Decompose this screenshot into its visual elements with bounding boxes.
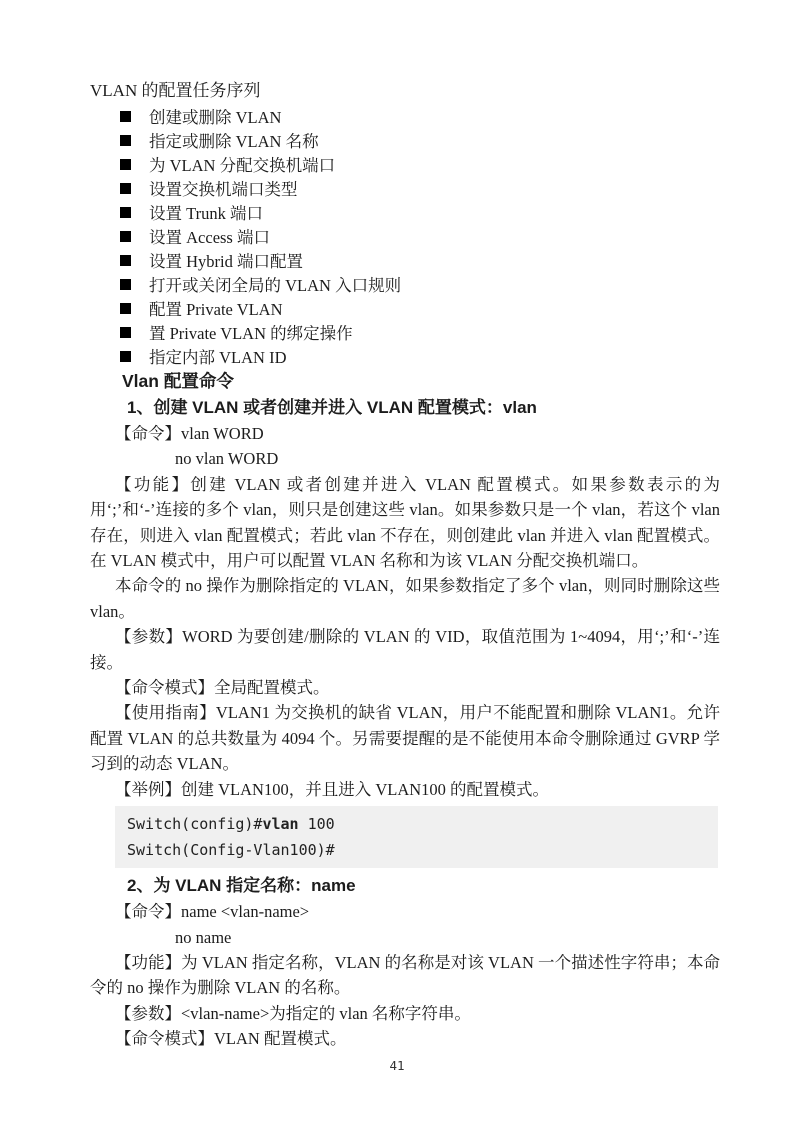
task-list: 创建或删除 VLAN 指定或删除 VLAN 名称 为 VLAN 分配交换机端口 …	[90, 104, 720, 368]
bullet-square-icon	[120, 159, 131, 170]
command2-heading: 2、为 VLAN 指定名称：name	[127, 872, 720, 899]
task-list-item: 置 Private VLAN 的绑定操作	[120, 320, 720, 344]
command2-param-paragraph: 【参数】<vlan-name>为指定的 vlan 名称字符串。	[90, 1001, 720, 1026]
task-list-item: 配置 Private VLAN	[120, 296, 720, 320]
command2-function-paragraph: 【功能】为 VLAN 指定名称，VLAN 的名称是对该 VLAN 一个描述性字符…	[90, 950, 720, 1001]
command1-syntax: 【命令】vlan WORD	[115, 421, 720, 446]
page-number: 41	[0, 1058, 794, 1073]
command1-heading: 1、创建 VLAN 或者创建并进入 VLAN 配置模式：vlan	[127, 394, 720, 421]
task-list-item: 指定内部 VLAN ID	[120, 344, 720, 368]
command2-syntax-no: no name	[175, 925, 720, 950]
task-label: 设置 Trunk 端口	[149, 200, 263, 224]
bullet-square-icon	[120, 255, 131, 266]
task-list-item: 为 VLAN 分配交换机端口	[120, 152, 720, 176]
bullet-square-icon	[120, 351, 131, 362]
bullet-square-icon	[120, 231, 131, 242]
task-list-item: 打开或关闭全局的 VLAN 入口规则	[120, 272, 720, 296]
bullet-square-icon	[120, 135, 131, 146]
intro-title: VLAN 的配置任务序列	[90, 78, 720, 104]
task-list-item: 设置 Hybrid 端口配置	[120, 248, 720, 272]
command1-guide-paragraph: 【使用指南】VLAN1 为交换机的缺省 VLAN，用户不能配置和删除 VLAN1…	[90, 700, 720, 776]
task-label: 设置交换机端口类型	[149, 176, 298, 200]
task-label: 配置 Private VLAN	[149, 296, 283, 320]
code-line-1: Switch(config)#vlan 100	[127, 811, 718, 837]
bullet-square-icon	[120, 111, 131, 122]
task-list-item: 创建或删除 VLAN	[120, 104, 720, 128]
task-label: 设置 Hybrid 端口配置	[149, 248, 303, 272]
task-label: 指定或删除 VLAN 名称	[149, 128, 319, 152]
command1-function-paragraph: 【功能】创建 VLAN 或者创建并进入 VLAN 配置模式。如果参数表示的为用‘…	[90, 472, 720, 574]
code-line-2: Switch(Config-Vlan100)#	[127, 837, 718, 863]
task-label: 打开或关闭全局的 VLAN 入口规则	[149, 272, 401, 296]
bullet-square-icon	[120, 279, 131, 290]
command1-function-paragraph-2: 本命令的 no 操作为删除指定的 VLAN，如果参数指定了多个 vlan，则同时…	[90, 573, 720, 624]
bullet-square-icon	[120, 183, 131, 194]
section-title: Vlan 配置命令	[122, 368, 720, 394]
task-label: 创建或删除 VLAN	[149, 104, 281, 128]
document-page: VLAN 的配置任务序列 创建或删除 VLAN 指定或删除 VLAN 名称 为 …	[0, 0, 794, 1123]
task-label: 为 VLAN 分配交换机端口	[149, 152, 335, 176]
task-list-item: 设置 Trunk 端口	[120, 200, 720, 224]
code-text: Switch(config)#	[127, 815, 262, 833]
task-label: 指定内部 VLAN ID	[149, 344, 287, 368]
task-list-item: 设置交换机端口类型	[120, 176, 720, 200]
command1-mode-paragraph: 【命令模式】全局配置模式。	[90, 675, 720, 700]
command2-mode-paragraph: 【命令模式】VLAN 配置模式。	[90, 1026, 720, 1051]
code-block: Switch(config)#vlan 100 Switch(Config-Vl…	[115, 806, 718, 868]
bullet-square-icon	[120, 207, 131, 218]
code-keyword: vlan	[262, 815, 298, 833]
task-label: 置 Private VLAN 的绑定操作	[149, 320, 353, 344]
bullet-square-icon	[120, 303, 131, 314]
command2-syntax: 【命令】name <vlan-name>	[115, 899, 720, 924]
bullet-square-icon	[120, 327, 131, 338]
task-list-item: 指定或删除 VLAN 名称	[120, 128, 720, 152]
code-text: 100	[299, 815, 335, 833]
task-list-item: 设置 Access 端口	[120, 224, 720, 248]
command1-syntax-no: no vlan WORD	[175, 446, 720, 471]
command1-example-paragraph: 【举例】创建 VLAN100，并且进入 VLAN100 的配置模式。	[90, 777, 720, 802]
task-label: 设置 Access 端口	[149, 224, 270, 248]
command1-param-paragraph: 【参数】WORD 为要创建/删除的 VLAN 的 VID，取值范围为 1~409…	[90, 624, 720, 675]
